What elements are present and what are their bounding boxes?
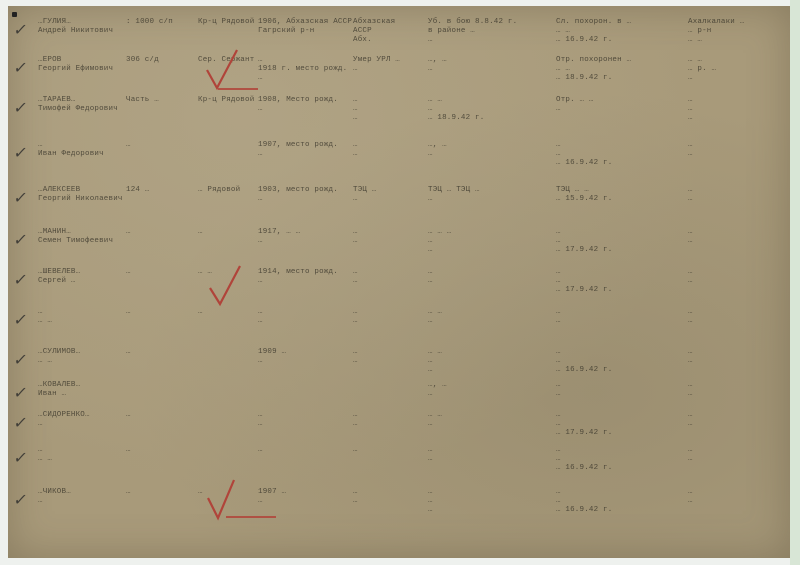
check-mark-icon: ✓ [12,310,29,329]
red-underline [218,88,258,90]
check-mark-icon: ✓ [12,413,29,432]
entry-kin: … … [688,186,788,204]
check-mark-icon: ✓ [12,98,29,117]
entry-unit: … [126,268,206,277]
entry-kin: … … [688,228,788,246]
entry-burial: … … [556,381,681,399]
entry-unit: 306 с/д [126,56,206,65]
list-item: ✓…ЧИКОВ… ………1907 … …… …… … …… … … 16.9.4… [8,488,790,524]
check-mark-icon: ✓ [12,20,29,39]
entry-name: … … … [38,446,138,464]
entry-kin: … … [688,488,788,506]
entry-fate: … … … … 18.9.42 г. [428,96,558,123]
list-item: ✓…ЕРОВ Георгий Ефимович306 с/дСер. Сержа… [8,56,790,92]
check-mark-icon: ✓ [12,188,29,207]
red-underline [226,516,276,518]
document-sheet: ✓…ГУЛИЯ… Андрей Никитович: 1000 с/пКр-ц … [8,6,790,558]
entry-born: 1909 … … [258,348,358,366]
entry-kin: … … [688,446,788,464]
list-item: ✓…ТАРАЕВ… Тимофей ФедоровичЧасть …Кр-ц Р… [8,96,790,132]
entry-kin: … … [688,268,788,286]
list-item: ✓…МАНИН… Семен Тимофеевич……1917, … … …… … [8,228,790,264]
entry-name: …ТАРАЕВ… Тимофей Федорович [38,96,138,114]
entry-name: …СУЛИМОВ… … … [38,348,138,366]
check-mark-icon: ✓ [12,448,29,467]
list-item: ✓… Иван Федорович…1907, место рожд. …… …… [8,141,790,177]
entry-unit: … [126,411,206,420]
entry-kin: … … [688,411,788,429]
list-item: ✓…СУЛИМОВ… … ……1909 … …… …… … … …… … … 1… [8,348,790,384]
entry-name: …АЛЕКСЕЕВ Георгий Николаевич [38,186,138,204]
entry-unit: … [126,228,206,237]
entry-name: …МАНИН… Семен Тимофеевич [38,228,138,246]
check-mark-icon: ✓ [12,383,29,402]
entry-born: … … [258,411,358,429]
entry-born: 1907, место рожд. … [258,141,358,159]
entry-fate: … … … [428,308,558,326]
entry-born: 1908, Место рожд. … [258,96,358,114]
entry-unit: … [126,308,206,317]
entry-place: … … … [353,96,428,123]
list-item: ✓…АЛЕКСЕЕВ Георгий Николаевич124 …… Рядо… [8,186,790,222]
entry-fate: … … [428,268,558,286]
entry-fate: … … [428,446,558,464]
entry-fate: …, … … [428,56,558,74]
entry-kin: … … … [688,96,788,123]
entry-kin: … … [688,308,788,326]
entry-rank: … [198,308,258,317]
entry-unit: : 1000 с/п [126,18,206,27]
entry-burial: … … … 17.9.42 г. [556,228,681,255]
entry-fate: Уб. в бою 8.8.42 г. в районе … … [428,18,558,45]
entry-place: ТЭЦ … … [353,186,428,204]
entry-fate: … … … … [428,348,558,375]
entry-burial: Отр. похоронен … … … … 18.9.42 г. [556,56,681,83]
entry-burial: … … … 17.9.42 г. [556,268,681,295]
entry-fate: ТЭЦ … ТЭЦ … … [428,186,558,204]
binder-hole-mark [12,12,17,17]
entry-fate: … … … [428,488,558,515]
entry-burial: … … … 16.9.42 г. [556,348,681,375]
entry-burial: Сл. похорон. в … … … … 16.9.42 г. [556,18,681,45]
entry-kin: Ахалкалаки … … р-н … … [688,18,788,45]
list-item: ✓… … …………… …… … … 16.9.42 г.… … [8,446,790,482]
entry-kin: … … [688,141,788,159]
entry-rank: Кр-ц Рядовой [198,18,258,27]
list-item: ✓…ГУЛИЯ… Андрей Никитович: 1000 с/пКр-ц … [8,18,790,54]
scan-border [790,0,800,565]
entry-name: …КОВАЛЕВ… Иван … [38,381,138,399]
entry-place: … … [353,411,428,429]
entry-burial: … … … 16.9.42 г. [556,141,681,168]
entry-rank: Кр-ц Рядовой [198,96,258,105]
entry-name: … Иван Федорович [38,141,138,159]
check-mark-icon: ✓ [12,230,29,249]
entry-place: Абхазская АССР Абх. [353,18,428,45]
entry-unit: … [126,348,206,357]
list-item: ✓…ШЕВЕЛЕВ… Сергей ……… …1914, место рожд.… [8,268,790,304]
entry-fate: …, … … [428,381,558,399]
entry-name: …СИДОРЕНКО… … [38,411,138,429]
entry-kin: … … [688,348,788,366]
entry-unit: Часть … [126,96,206,105]
entry-unit: 124 … [126,186,206,195]
entry-burial: … … … 17.9.42 г. [556,411,681,438]
entry-name: …ЕРОВ Георгий Ефимович [38,56,138,74]
check-mark-icon: ✓ [12,270,29,289]
entry-rank: … Рядовой [198,186,258,195]
entry-burial: ТЭЦ … … … 15.9.42 г. [556,186,681,204]
red-check-icon [206,264,246,308]
red-check-icon [203,48,243,92]
entry-fate: … … … … … [428,228,558,255]
entry-place: … … [353,228,428,246]
list-item: ✓…СИДОРЕНКО… ……… …… …… … …… … … 17.9.42 … [8,411,790,447]
check-mark-icon: ✓ [12,490,29,509]
entry-born: … [258,446,358,455]
entry-born: … … [258,308,358,326]
entry-name: …ГУЛИЯ… Андрей Никитович [38,18,138,36]
entry-rank: … [198,228,258,237]
entry-place: … … [353,268,428,286]
check-mark-icon: ✓ [12,58,29,77]
entry-burial: … … … 16.9.42 г. [556,488,681,515]
entry-place: … [353,446,428,455]
entry-burial: … … … 16.9.42 г. [556,446,681,473]
entry-unit: … [126,488,206,497]
check-mark-icon: ✓ [12,350,29,369]
entry-place: … … [353,348,428,366]
entry-fate: … … … [428,411,558,429]
entry-born: 1903, место рожд. … [258,186,358,204]
entry-place: … … [353,308,428,326]
entry-born: … 1918 г. место рожд. … [258,56,358,83]
entry-place: … … [353,141,428,159]
entry-name: …ШЕВЕЛЕВ… Сергей … [38,268,138,286]
entry-unit: … [126,141,206,150]
entry-kin: … … [688,381,788,399]
entry-name: …ЧИКОВ… … [38,488,138,506]
entry-born: 1914, место рожд. … [258,268,358,286]
entry-born: 1907 … … [258,488,358,506]
entry-burial: … … [556,308,681,326]
entry-born: 1917, … … … [258,228,358,246]
entry-place: Умер УРЛ … … [353,56,428,74]
entry-place: … … [353,488,428,506]
entry-burial: Отр. … … … [556,96,681,114]
entry-name: … … … [38,308,138,326]
list-item: ✓… … ………… …… …… … …… …… … [8,308,790,344]
check-mark-icon: ✓ [12,143,29,162]
entry-unit: … [126,446,206,455]
entry-born: 1906, Абхазская АССР Гагрский р-н [258,18,358,36]
entry-fate: …, … … [428,141,558,159]
entry-kin: … … … р. … … [688,56,788,83]
